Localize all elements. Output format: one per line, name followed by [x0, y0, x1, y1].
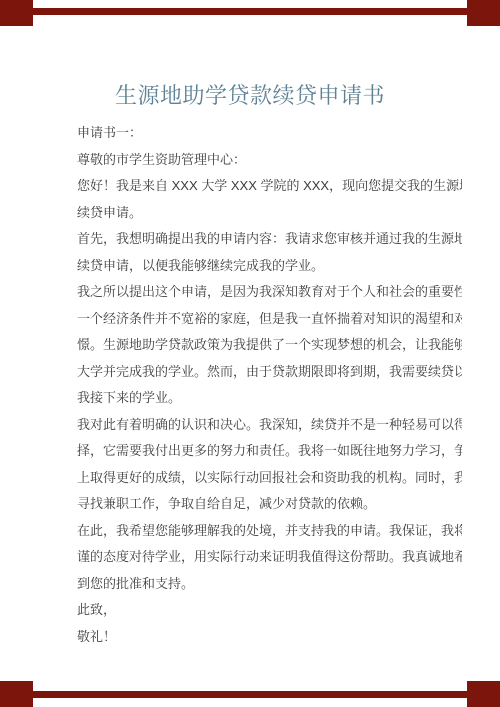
body-line: 此致， [77, 597, 462, 624]
body-line: 到您的批准和支持。 [77, 571, 462, 598]
body-line: 在此，我希望您能够理解我的处境，并支持我的申请。我保证，我将以更加严 [77, 518, 462, 545]
bottom-border-bar [32, 691, 468, 698]
body-line: 我对此有着明确的认识和决心。我深知，续贷并不是一种轻易可以得到的选 [77, 412, 462, 439]
body-line: 上取得更好的成绩，以实际行动回报社会和资助我的机构。同时，我也将积极 [77, 465, 462, 492]
top-left-corner-mark [0, 0, 33, 26]
body-line: 尊敬的市学生资助管理中心： [77, 147, 462, 174]
body-line: 憬。生源地助学贷款政策为我提供了一个实现梦想的机会，让我能够顺利进入 [77, 332, 462, 359]
document-page: 生源地助学贷款续贷申请书 申请书一： 尊敬的市学生资助管理中心： 您好！我是来自… [0, 0, 500, 707]
body-line: 续贷申请。 [77, 200, 462, 227]
body-line: 寻找兼职工作，争取自给自足，减少对贷款的依赖。 [77, 491, 462, 518]
bottom-left-corner-mark [0, 681, 33, 707]
document-body: 申请书一： 尊敬的市学生资助管理中心： 您好！我是来自 XXX 大学 XXX 学… [77, 120, 462, 650]
body-line: 首先，我想明确提出我的申请内容：我请求您审核并通过我的生源地助学贷款 [77, 226, 462, 253]
top-border-bar [32, 8, 468, 15]
body-line: 敬礼！ [77, 624, 462, 651]
document-title: 生源地助学贷款续贷申请书 [0, 80, 500, 112]
body-line: 择，它需要我付出更多的努力和责任。我将一如既往地努力学习，争取在学业 [77, 438, 462, 465]
body-line: 一个经济条件并不宽裕的家庭，但是我一直怀揣着对知识的渴望和对未来的憧 [77, 306, 462, 333]
top-right-corner-mark [467, 0, 500, 26]
body-line: 申请书一： [77, 120, 462, 147]
body-line: 我之所以提出这个申请，是因为我深知教育对于个人和社会的重要性。我来自 [77, 279, 462, 306]
body-line: 我接下来的学业。 [77, 385, 462, 412]
body-line: 续贷申请，以便我能够继续完成我的学业。 [77, 253, 462, 280]
body-line: 谨的态度对待学业，用实际行动来证明我值得这份帮助。我真诚地希望能够得 [77, 544, 462, 571]
body-line: 大学并完成我的学业。然而，由于贷款期限即将到期，我需要续贷以继续支持 [77, 359, 462, 386]
body-line: 您好！我是来自 XXX 大学 XXX 学院的 XXX，现向您提交我的生源地助学贷… [77, 173, 462, 200]
bottom-right-corner-mark [467, 681, 500, 707]
